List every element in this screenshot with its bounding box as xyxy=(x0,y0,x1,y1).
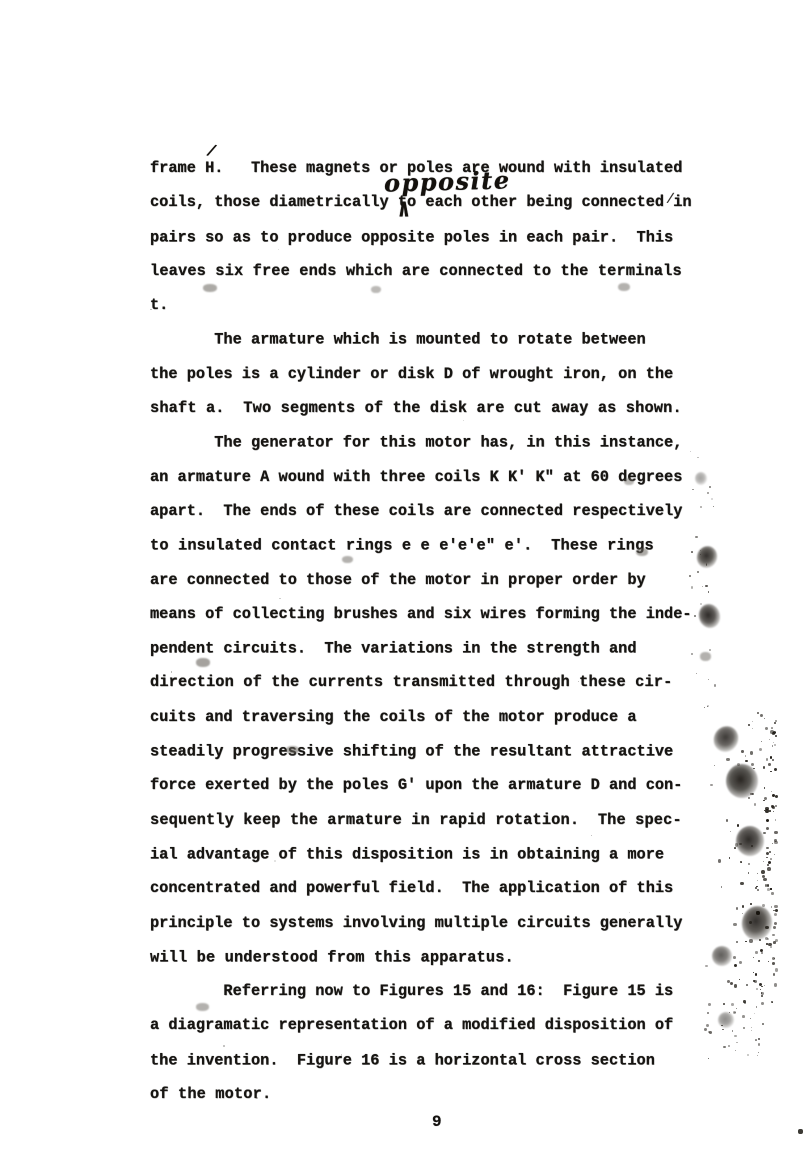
ink-speck xyxy=(769,739,770,740)
ink-speck xyxy=(765,937,768,940)
ink-speck xyxy=(618,283,630,291)
ink-speck xyxy=(753,957,755,959)
ink-speck xyxy=(704,707,705,708)
ink-speck xyxy=(775,939,778,942)
ink-speck xyxy=(714,684,716,686)
ink-speck xyxy=(707,1012,709,1014)
ink-speck xyxy=(706,1024,709,1027)
ink-speck xyxy=(729,1012,730,1013)
ink-speck xyxy=(765,926,768,929)
ink-speck xyxy=(722,1029,724,1031)
ink-speck xyxy=(624,478,634,485)
ink-speck xyxy=(764,718,765,719)
ink-speck xyxy=(763,832,766,835)
ink-speck xyxy=(768,943,771,946)
ink-speck xyxy=(761,741,762,742)
ink-speck xyxy=(768,763,771,766)
ink-speck xyxy=(757,880,759,882)
ink-speck xyxy=(342,556,353,563)
ink-speck xyxy=(591,835,592,836)
ink-smudge xyxy=(739,904,774,943)
ink-speck xyxy=(756,1006,757,1007)
ink-speck xyxy=(708,1003,711,1006)
page-number: 9 xyxy=(432,1113,442,1131)
ink-speck xyxy=(737,763,740,766)
typed-line: the invention. Figure 16 is a horizontal… xyxy=(150,1043,692,1077)
ink-speck xyxy=(732,1030,733,1031)
ink-speck xyxy=(736,1008,737,1009)
ink-speck xyxy=(770,858,772,860)
ink-speck xyxy=(757,889,759,891)
ink-speck xyxy=(755,973,758,976)
ink-speck xyxy=(766,819,770,823)
typed-line: direction of the currents transmitted th… xyxy=(150,665,692,699)
ink-speck xyxy=(708,591,709,592)
typed-line: leaves six free ends which are connected… xyxy=(150,254,692,288)
ink-speck xyxy=(769,810,771,812)
ink-speck xyxy=(798,1129,803,1134)
ink-speck xyxy=(750,1018,751,1019)
ink-speck xyxy=(700,652,711,661)
ink-smudge xyxy=(696,602,722,631)
ink-speck xyxy=(741,750,744,753)
typed-line: Referring now to Figures 15 and 16: Figu… xyxy=(150,974,692,1008)
ink-speck xyxy=(773,973,775,975)
ink-smudge xyxy=(694,543,720,571)
ink-speck xyxy=(761,995,763,997)
ink-speck xyxy=(733,923,737,927)
ink-speck xyxy=(451,574,453,576)
ink-speck xyxy=(775,735,777,737)
ink-speck xyxy=(770,888,771,889)
ink-speck xyxy=(691,586,694,589)
ink-speck xyxy=(755,1039,757,1041)
ink-speck xyxy=(694,615,696,617)
ink-speck xyxy=(761,1002,764,1005)
ink-speck xyxy=(746,984,748,986)
ink-speck xyxy=(735,1050,736,1051)
typed-line: concentrated and powerful field. The app… xyxy=(150,871,692,905)
ink-speck xyxy=(733,1011,736,1014)
ink-speck xyxy=(766,857,767,858)
ink-speck xyxy=(752,728,754,730)
ink-speck xyxy=(729,857,730,858)
ink-speck xyxy=(705,585,707,587)
ink-speck xyxy=(371,286,381,293)
ink-speck xyxy=(766,827,769,830)
ink-speck xyxy=(764,797,767,800)
typed-line: steadily progressive shifting of the res… xyxy=(150,735,692,769)
ink-speck xyxy=(578,681,579,682)
ink-speck xyxy=(730,982,733,985)
ink-speck xyxy=(196,1003,209,1011)
ink-speck xyxy=(691,551,693,553)
typed-line: to insulated contact rings e e e'e'e" e'… xyxy=(150,529,692,563)
typed-line: ial advantage of this disposition is in … xyxy=(150,838,692,872)
ink-speck xyxy=(763,800,764,801)
ink-speck xyxy=(774,922,777,925)
ink-speck xyxy=(763,878,766,881)
ink-speck xyxy=(636,548,648,556)
ink-speck xyxy=(728,1045,730,1047)
ink-speck xyxy=(697,571,699,573)
ink-speck xyxy=(700,506,702,508)
ink-speck xyxy=(775,819,776,820)
ink-speck xyxy=(772,957,775,960)
ink-speck xyxy=(752,721,753,722)
ink-speck xyxy=(742,913,743,914)
ink-speck xyxy=(690,451,691,452)
ink-speck xyxy=(713,506,714,507)
typed-line: shaft a. Two segments of the disk are cu… xyxy=(150,391,692,425)
ink-speck xyxy=(766,758,769,761)
ink-speck xyxy=(757,712,759,714)
ink-speck xyxy=(774,913,777,916)
ink-speck xyxy=(745,755,746,756)
ink-speck xyxy=(771,727,773,729)
ink-speck xyxy=(742,905,745,908)
ink-speck xyxy=(700,603,702,605)
ink-speck xyxy=(696,673,698,675)
typed-line: an armature A wound with three coils K K… xyxy=(150,460,692,494)
ink-speck xyxy=(765,809,768,812)
ink-speck xyxy=(726,819,729,822)
ink-speck xyxy=(736,1042,738,1044)
ink-speck xyxy=(710,784,713,787)
typed-line: of the motor. xyxy=(150,1077,692,1111)
ink-speck xyxy=(772,962,775,965)
ink-speck xyxy=(766,847,768,849)
ink-speck xyxy=(736,907,739,910)
ink-speck xyxy=(761,952,764,955)
ink-speck xyxy=(737,824,740,827)
ink-speck xyxy=(707,492,708,493)
ink-speck xyxy=(771,906,773,908)
ink-speck xyxy=(274,860,276,862)
ink-speck xyxy=(758,1038,760,1040)
ink-speck xyxy=(756,911,760,915)
handwritten-insertion: opposite xyxy=(384,165,511,197)
ink-speck xyxy=(770,756,772,758)
ink-speck xyxy=(739,979,740,980)
ink-speck xyxy=(718,859,721,862)
typed-line: means of collecting brushes and six wire… xyxy=(150,597,692,631)
ink-speck xyxy=(278,249,279,250)
typed-line: The generator for this motor has, in thi… xyxy=(150,426,692,460)
ink-speck xyxy=(760,989,761,990)
ink-speck xyxy=(764,985,765,986)
ink-speck xyxy=(770,771,771,772)
ink-speck xyxy=(739,843,742,846)
ink-speck xyxy=(734,847,736,849)
ink-speck xyxy=(761,992,764,995)
ink-speck xyxy=(286,746,299,754)
ink-speck xyxy=(762,904,765,907)
ink-speck xyxy=(745,941,747,943)
typed-line: will be understood from this apparatus. xyxy=(150,940,692,974)
ink-speck xyxy=(772,843,773,844)
ink-speck xyxy=(708,679,709,680)
ink-speck xyxy=(775,732,776,733)
ink-speck xyxy=(745,760,748,763)
ink-speck xyxy=(750,903,752,905)
ink-speck xyxy=(758,1043,760,1045)
ink-smudge xyxy=(712,946,732,966)
ink-speck xyxy=(774,905,777,908)
ink-speck xyxy=(767,867,771,871)
ink-speck xyxy=(734,984,737,987)
ink-speck xyxy=(749,939,752,942)
ink-speck xyxy=(774,831,777,834)
typed-line: cuits and traversing the coils of the mo… xyxy=(150,700,692,734)
ink-speck xyxy=(736,941,738,943)
ink-speck xyxy=(731,1003,734,1006)
ink-speck xyxy=(708,1058,710,1060)
ink-speck xyxy=(751,1027,752,1028)
ink-speck xyxy=(761,870,765,874)
typed-line: a diagramatic representation of a modifi… xyxy=(150,1008,692,1042)
ink-speck xyxy=(754,980,757,983)
typed-line: The armature which is mounted to rotate … xyxy=(150,323,692,357)
ink-speck xyxy=(753,768,754,769)
ink-speck xyxy=(747,1054,749,1056)
ink-speck xyxy=(771,805,773,807)
ink-speck xyxy=(756,886,757,887)
ink-speck xyxy=(341,1054,342,1055)
ink-speck xyxy=(774,722,776,724)
ink-speck xyxy=(748,872,749,873)
ink-speck xyxy=(734,1035,737,1038)
ink-speck xyxy=(748,797,750,799)
ink-speck xyxy=(773,811,774,812)
ink-speck xyxy=(769,851,771,853)
ink-speck xyxy=(773,926,776,929)
ink-speck xyxy=(709,486,711,488)
ink-speck xyxy=(767,888,770,891)
typed-text-block: frame H. These magnets or poles are woun… xyxy=(150,151,692,1111)
ink-speck xyxy=(279,598,280,599)
ink-speck xyxy=(774,839,777,842)
ink-speck xyxy=(757,873,758,874)
ink-speck xyxy=(743,1027,745,1029)
ink-speck xyxy=(730,831,731,832)
ink-speck xyxy=(767,884,770,887)
ink-speck xyxy=(763,861,765,863)
ink-speck xyxy=(705,965,707,967)
ink-speck xyxy=(740,882,743,885)
ink-speck xyxy=(739,961,742,964)
ink-speck xyxy=(774,768,777,771)
ink-speck xyxy=(463,420,464,421)
ink-speck xyxy=(771,892,773,894)
ink-speck xyxy=(196,658,210,667)
typed-line: pairs so as to produce opposite poles in… xyxy=(150,220,692,254)
scanned-page: frame H. These magnets or poles are woun… xyxy=(0,0,807,1154)
ink-speck xyxy=(763,766,766,769)
ink-speck xyxy=(748,863,750,865)
ink-speck xyxy=(761,986,762,987)
ink-speck xyxy=(708,1031,711,1034)
ink-speck xyxy=(723,1003,725,1005)
typed-line: apart. The ends of these coils are conne… xyxy=(150,494,692,528)
typed-line: t. xyxy=(150,288,692,322)
ink-speck xyxy=(721,886,722,887)
ink-speck xyxy=(714,765,716,767)
ink-speck xyxy=(770,946,771,947)
ink-speck xyxy=(751,763,754,766)
ink-smudge xyxy=(736,826,764,856)
ink-speck xyxy=(744,1002,746,1004)
ink-speck xyxy=(772,934,774,936)
typed-line: the poles is a cylinder or disk D of wro… xyxy=(150,357,692,391)
ink-speck xyxy=(775,805,777,807)
ink-speck xyxy=(733,956,736,959)
ink-speck xyxy=(707,705,709,707)
ink-speck xyxy=(757,1055,758,1056)
typed-line: principle to systems involving multiple … xyxy=(150,906,692,940)
typed-line: pendent circuits. The variations in the … xyxy=(150,632,692,666)
ink-speck xyxy=(742,1015,745,1018)
ink-speck xyxy=(726,758,729,761)
ink-speck xyxy=(765,727,768,730)
ink-speck xyxy=(775,909,778,912)
ink-speck xyxy=(700,554,701,555)
ink-speck xyxy=(706,563,707,564)
ink-speck xyxy=(754,803,757,806)
ink-speck xyxy=(751,1030,752,1031)
ink-speck xyxy=(758,960,761,963)
ink-speck xyxy=(751,845,753,847)
ink-speck xyxy=(256,1097,257,1098)
ink-speck xyxy=(774,854,775,855)
typed-line: are connected to those of the motor in p… xyxy=(150,563,692,597)
ink-speck xyxy=(758,1052,759,1053)
ink-speck xyxy=(756,988,758,990)
ink-speck xyxy=(759,748,762,751)
ink-speck xyxy=(760,714,763,717)
ink-speck xyxy=(735,843,739,847)
ink-speck xyxy=(775,968,778,971)
ink-speck xyxy=(734,964,737,967)
typed-line: sequently keep the armature in rapid rot… xyxy=(150,803,692,837)
ink-speck xyxy=(754,1013,755,1014)
ink-speck xyxy=(692,489,694,491)
ink-speck xyxy=(702,586,704,588)
ink-speck xyxy=(741,862,742,863)
ink-speck xyxy=(452,614,453,615)
ink-speck xyxy=(748,724,750,726)
ink-speck xyxy=(311,372,312,373)
ink-speck xyxy=(629,912,630,913)
ink-speck xyxy=(711,498,713,500)
ink-speck xyxy=(750,751,753,754)
ink-speck xyxy=(203,284,217,292)
typed-line: force exerted by the poles G' upon the a… xyxy=(150,768,692,802)
ink-speck xyxy=(704,1028,707,1031)
ink-speck xyxy=(772,759,775,762)
ink-smudge xyxy=(709,722,743,757)
ink-smudge xyxy=(695,472,707,485)
ink-speck xyxy=(774,744,776,746)
ink-speck xyxy=(695,536,697,538)
ink-speck xyxy=(697,457,698,458)
ink-speck xyxy=(723,1046,725,1048)
insertion-caret-icon: ∧ xyxy=(397,194,411,224)
ink-speck xyxy=(755,951,757,953)
ink-speck xyxy=(764,787,765,788)
ink-speck xyxy=(774,983,777,986)
ink-speck xyxy=(768,961,769,962)
ink-speck xyxy=(762,1023,764,1025)
ink-speck xyxy=(500,444,501,445)
ink-speck xyxy=(709,649,711,651)
ink-speck xyxy=(771,791,772,792)
